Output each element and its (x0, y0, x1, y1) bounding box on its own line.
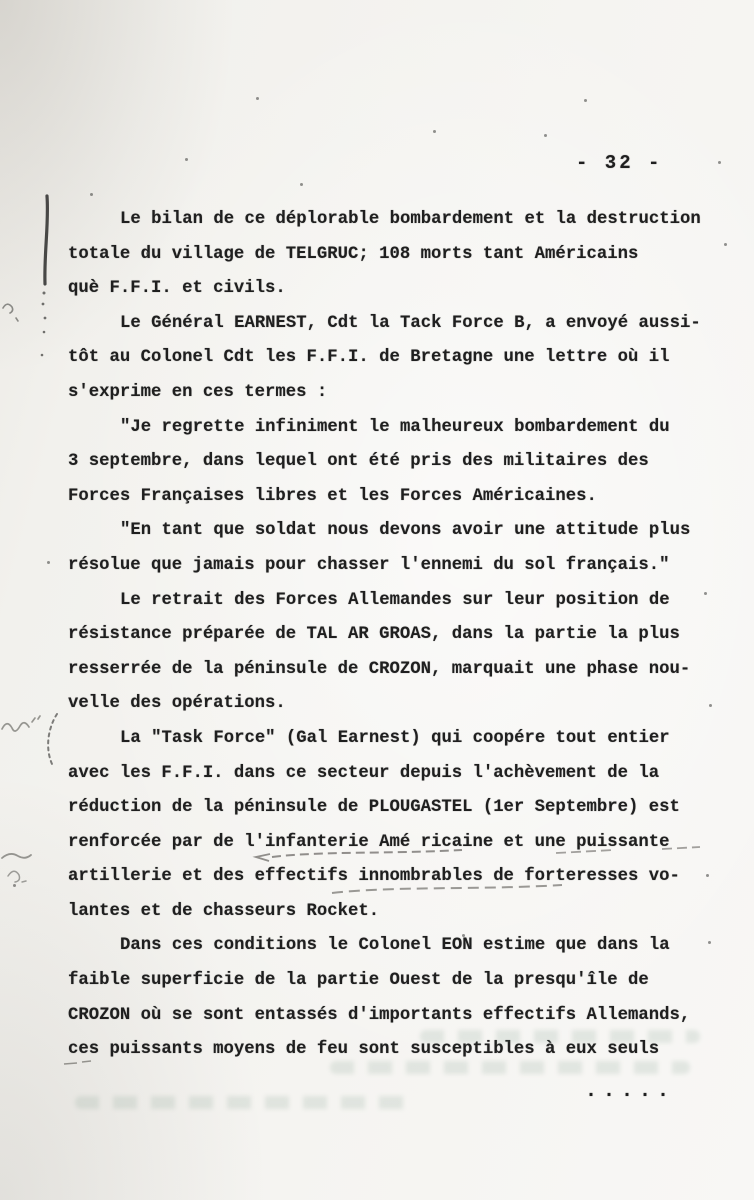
ink-speck (256, 97, 259, 100)
typewritten-line: "En tant que soldat nous devons avoir un… (68, 514, 728, 549)
ink-speck (47, 561, 50, 564)
bleedthrough-smudge (420, 1030, 700, 1043)
ink-speck (718, 161, 721, 164)
ink-speck (185, 158, 188, 161)
ink-speck (544, 134, 547, 137)
typewritten-line: resserrée de la péninsule de CROZON, mar… (68, 653, 728, 688)
margin-dash (2, 854, 31, 858)
typewritten-line: La "Task Force" (Gal Earnest) qui coopér… (68, 722, 728, 757)
ink-speck (724, 243, 727, 246)
typewritten-line: Le Général EARNEST, Cdt la Tack Force B,… (68, 307, 728, 342)
ink-speck (90, 193, 93, 196)
margin-scribble (3, 304, 18, 321)
typewritten-line: "Je regrette infiniment le malheureux bo… (68, 411, 728, 446)
typewritten-line: CROZON où se sont entassés d'importants … (68, 999, 728, 1034)
margin-handwriting (2, 716, 40, 731)
bleedthrough-smudge (330, 1061, 690, 1074)
typewritten-text-block: Le bilan de ce déplorable bombardement e… (68, 203, 728, 1068)
ink-speck (584, 99, 587, 102)
typewritten-line: què F.F.I. et civils. (68, 272, 728, 307)
typewritten-line: Dans ces conditions le Colonel EON estim… (68, 929, 728, 964)
typewritten-line: résolue que jamais pour chasser l'ennemi… (68, 549, 728, 584)
typewritten-line: tôt au Colonel Cdt les F.F.I. de Bretagn… (68, 341, 728, 376)
ink-speck (704, 592, 707, 595)
typewritten-line: avec les F.F.I. dans ce secteur depuis l… (68, 757, 728, 792)
footer-ellipsis: ..... (585, 1080, 675, 1103)
typewritten-line: velle des opérations. (68, 687, 728, 722)
typewritten-line: Forces Françaises libres et les Forces A… (68, 480, 728, 515)
margin-ink-dots (41, 292, 47, 357)
typewritten-line: Le bilan de ce déplorable bombardement e… (68, 203, 728, 238)
typewritten-line: s'exprime en ces termes : (68, 376, 728, 411)
typewritten-line: réduction de la péninsule de PLOUGASTEL … (68, 791, 728, 826)
margin-squiggle (8, 871, 26, 882)
ink-speck (146, 252, 149, 255)
typewritten-line: 3 septembre, dans lequel ont été pris de… (68, 445, 728, 480)
typewritten-line: Le retrait des Forces Allemandes sur leu… (68, 584, 728, 619)
typewritten-line: résistance préparée de TAL AR GROAS, dan… (68, 618, 728, 653)
margin-curve-stroke (48, 714, 57, 764)
margin-ink-stroke (45, 196, 48, 284)
typewritten-line: faible superficie de la partie Ouest de … (68, 964, 728, 999)
page-number: - 32 - (576, 152, 662, 174)
typewritten-line: lantes et de chasseurs Rocket. (68, 895, 728, 930)
ink-speck (709, 704, 712, 707)
ink-speck (462, 934, 465, 937)
ink-speck (433, 130, 436, 133)
scanned-document-page: - 32 - Le bilan de ce déplorable bombard… (0, 0, 754, 1200)
typewritten-line: renforcée par de l'infanterie Amé ricain… (68, 826, 728, 861)
ink-speck (300, 183, 303, 186)
typewritten-line: totale du village de TELGRUC; 108 morts … (68, 238, 728, 273)
typewritten-line: artillerie et des effectifs innombrables… (68, 860, 728, 895)
bleedthrough-smudge (75, 1096, 415, 1109)
ink-speck (706, 874, 709, 877)
ink-speck (708, 941, 711, 944)
ink-speck (13, 884, 16, 887)
